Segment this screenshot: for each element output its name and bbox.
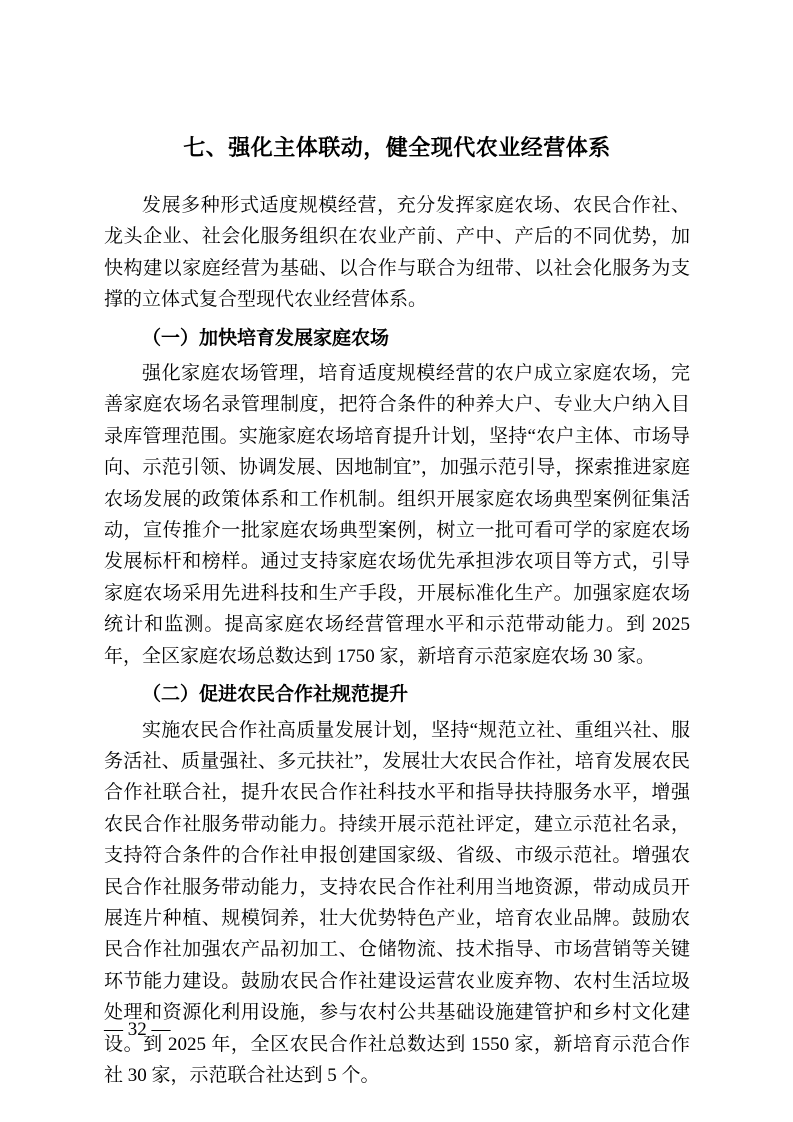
section-2-body: 实施农民合作社高质量发展计划，坚持“规范立社、重组兴社、服务活社、质量强社、多元…: [104, 715, 690, 1092]
section-1-heading: （一）加快培育发展家庭农场: [104, 323, 690, 354]
document-page: 七、强化主体联动，健全现代农业经营体系 发展多种形式适度规模经营，充分发挥家庭农…: [0, 0, 793, 1122]
doc-title: 七、强化主体联动，健全现代农业经营体系: [104, 134, 690, 162]
intro-paragraph: 发展多种形式适度规模经营，充分发挥家庭农场、农民合作社、龙头企业、社会化服务组织…: [104, 190, 690, 316]
section-2-heading: （二）促进农民合作社规范提升: [104, 679, 690, 710]
document-content: 七、强化主体联动，健全现代农业经营体系 发展多种形式适度规模经营，充分发挥家庭农…: [104, 134, 690, 1091]
page-number: — 32 —: [104, 1016, 171, 1044]
section-1-body: 强化家庭农场管理，培育适度规模经营的农户成立家庭农场，完善家庭农场名录管理制度，…: [104, 358, 690, 672]
